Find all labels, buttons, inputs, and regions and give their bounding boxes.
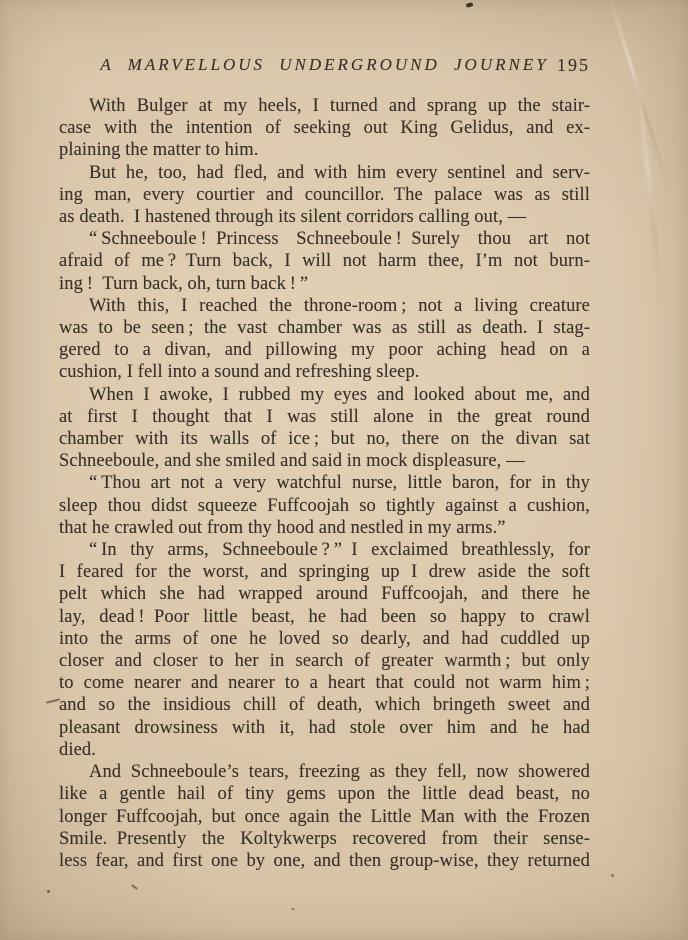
pencil-mark: [46, 698, 60, 703]
ink-speck: [131, 884, 138, 890]
text-line: “ Schneeboule ! Princess Schneeboule ! S…: [59, 228, 590, 250]
text-line: case with the intention of seeking out K…: [59, 117, 590, 139]
paper-crease: [608, 0, 672, 196]
text-line: was to be seen ; the vast chamber was as…: [59, 317, 590, 339]
text-line: “ Thou art not a very watchful nurse, li…: [59, 472, 590, 494]
text-line: died.: [59, 739, 590, 761]
paper-crease: [635, 72, 664, 311]
text-line: longer Fuffcoojah, but once again the Li…: [59, 806, 590, 828]
text-line: afraid of me ? Turn back, I will not har…: [59, 250, 590, 272]
text-line: But he, too, had fled, and with him ever…: [59, 162, 590, 184]
text-line: as death. I hastened through its silent …: [59, 206, 590, 228]
text-line: closer and closer to her in search of gr…: [59, 650, 590, 672]
text-line: less fear, and first one by one, and the…: [59, 850, 590, 872]
text-line: at first I thought that I was still alon…: [59, 406, 590, 428]
text-line: into the arms of one he loved so dearly,…: [59, 628, 590, 650]
text-line: “ In thy arms, Schneeboule ? ” I exclaim…: [59, 539, 590, 561]
ink-speck: [611, 874, 614, 877]
text-line: With Bulger at my heels, I turned and sp…: [59, 95, 590, 117]
text-line: Schneeboule, and she smiled and said in …: [59, 450, 590, 472]
text-line: plaining the matter to him.: [59, 139, 590, 161]
ink-speck: [47, 890, 50, 893]
page-body: With Bulger at my heels, I turned and sp…: [59, 95, 590, 872]
text-line: With this, I reached the throne-room ; n…: [59, 295, 590, 317]
text-line: like a gentle hail of tiny gems upon the…: [59, 783, 590, 805]
text-line: pleasant drowsiness with it, had stole o…: [59, 717, 590, 739]
text-line: and so the insidious chill of death, whi…: [59, 694, 590, 716]
text-line: ing ! Turn back, oh, turn back ! ”: [59, 273, 590, 295]
text-line: pelt which she had wrapped around Fuffco…: [59, 583, 590, 605]
text-line: I feared for the worst, and springing up…: [59, 561, 590, 583]
page-number: 195: [557, 55, 590, 76]
text-line: sleep thou didst squeeze Fuffcoojah so t…: [59, 495, 590, 517]
book-page: A MARVELLOUS UNDERGROUND JOURNEY 195 Wit…: [0, 0, 688, 940]
running-head-title: A MARVELLOUS UNDERGROUND JOURNEY: [100, 55, 548, 74]
text-line: that he crawled out from thy hood and ne…: [59, 517, 590, 539]
ink-speck: [291, 907, 295, 910]
ink-speck: [466, 2, 474, 8]
text-line: ing man, every courtier and councillor. …: [59, 184, 590, 206]
text-line: chamber with its walls of ice ; but no, …: [59, 428, 590, 450]
running-head: A MARVELLOUS UNDERGROUND JOURNEY 195: [59, 55, 590, 79]
text-line: And Schneeboule’s tears, freezing as the…: [59, 761, 590, 783]
text-line: cushion, I fell into a sound and refresh…: [59, 361, 590, 383]
text-line: Smile. Presently the Koltykwerps recover…: [59, 828, 590, 850]
text-line: gered to a divan, and pillowing my poor …: [59, 339, 590, 361]
text-line: When I awoke, I rubbed my eyes and looke…: [59, 384, 590, 406]
text-line: to come nearer and nearer to a heart tha…: [59, 672, 590, 694]
text-line: lay, dead ! Poor little beast, he had be…: [59, 606, 590, 628]
